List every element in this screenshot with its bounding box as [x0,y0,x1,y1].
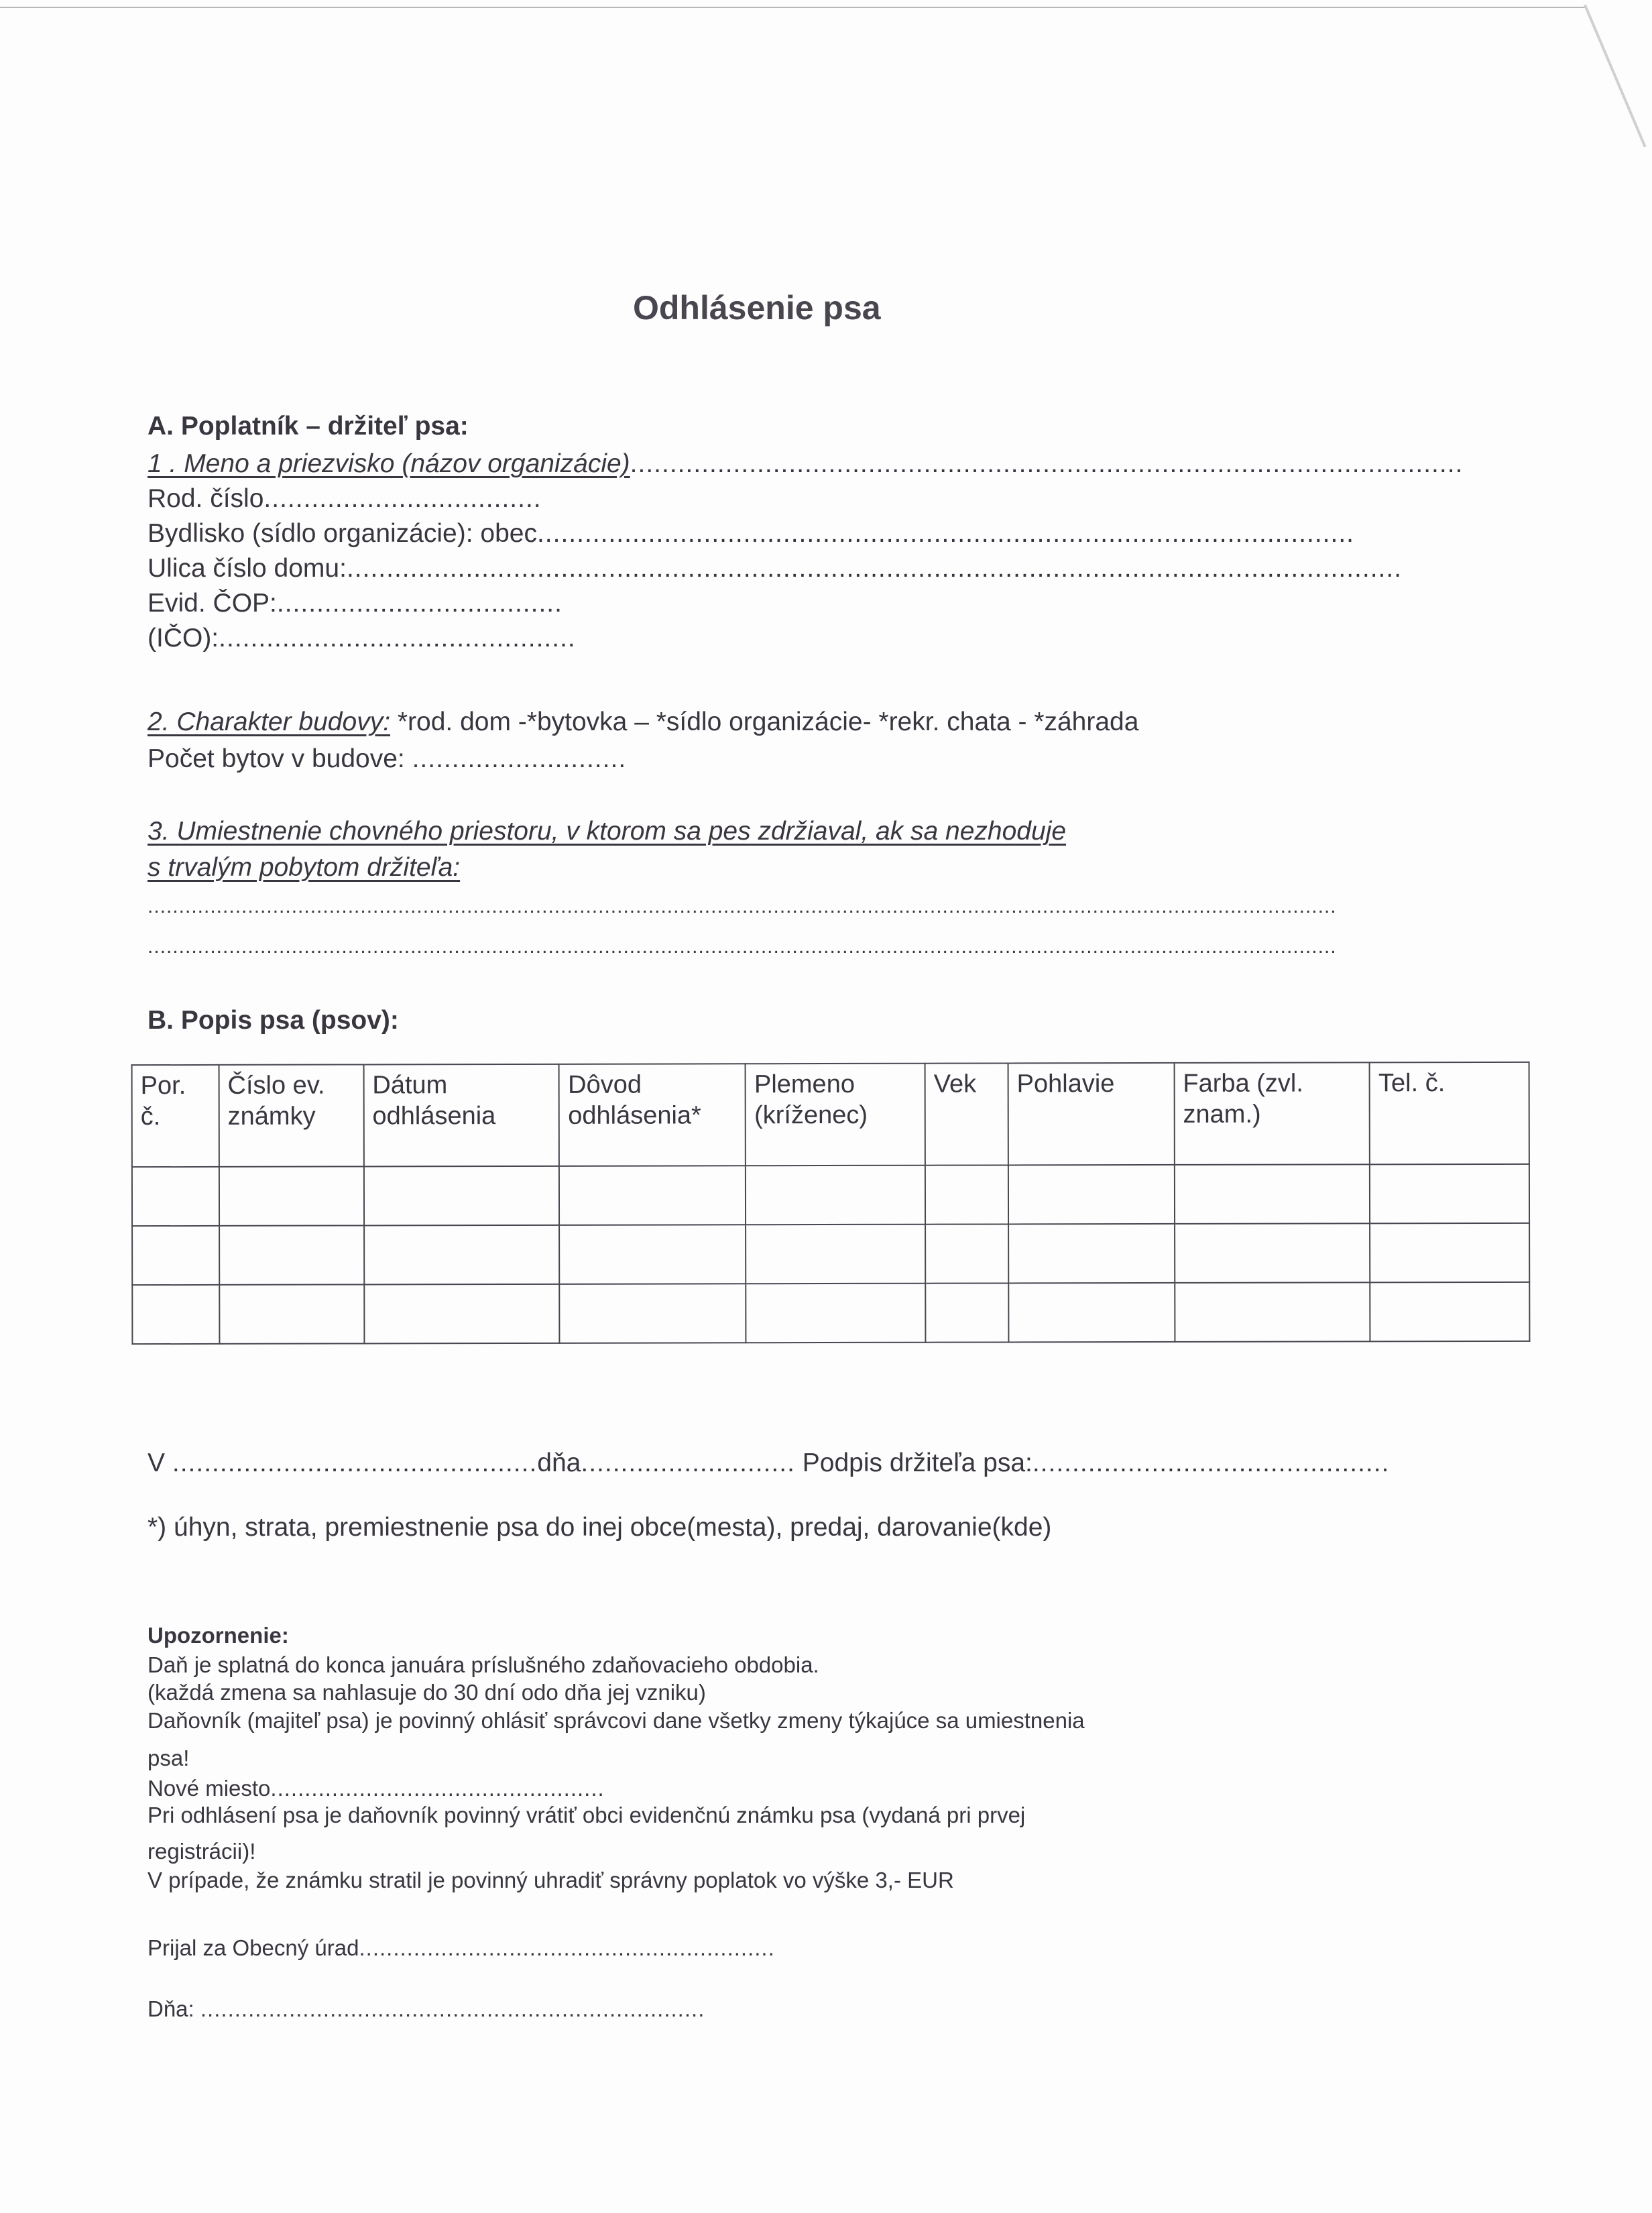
table-cell-input[interactable] [560,1284,746,1343]
table-cell-input[interactable] [1370,1223,1529,1282]
table-cell-input[interactable] [1008,1224,1175,1284]
name-field-label: 1 . Meno a priezvisko (názov organizácie… [147,449,630,478]
column-header: Tel. č. [1370,1062,1529,1164]
column-header: Dátum odhlásenia [363,1064,559,1167]
nove-miesto-input[interactable]: ........................................… [270,1776,604,1801]
name-field-row: 1 . Meno a priezvisko (názov organizácie… [147,449,1463,479]
notice-line: psa! [147,1746,189,1771]
column-header: Pohlavie [1008,1063,1175,1166]
bydlisko-input[interactable]: ........................................… [537,519,1354,548]
name-field-input[interactable]: ........................................… [630,449,1464,478]
notice-line: Daň je splatná do konca januára príslušn… [147,1652,819,1678]
rod-cislo-label: Rod. číslo [147,484,263,513]
pocet-bytov-label: Počet bytov v budove: [147,744,405,773]
page-edge [0,0,1585,8]
table-cell-input[interactable] [132,1285,219,1344]
evid-cop-input[interactable]: .................................... [277,589,563,618]
ico-input[interactable]: ........................................… [219,624,576,652]
podpis-label: Podpis držiteľa psa: [803,1449,1032,1477]
table-cell-input[interactable] [560,1225,746,1284]
pocet-bytov-input[interactable]: ........................... [412,744,627,773]
section-a-heading: A. Poplatník – držiteľ psa: [147,412,469,441]
v-label: V [147,1449,165,1477]
signature-row: V ......................................… [147,1449,1389,1478]
evid-cop-row: Evid. ČOP:..............................… [147,589,563,618]
table-row [132,1164,1529,1226]
dna-label: dňa [537,1449,581,1477]
dogs-table: Por. č. Číslo ev. známky Dátum odhláseni… [131,1062,1531,1345]
table-cell-input[interactable] [746,1166,925,1225]
nove-miesto-row: Nové miesto.............................… [147,1776,605,1801]
bydlisko-row: Bydlisko (sídlo organizácie): obec......… [147,519,1354,549]
umiestnenie-label-line1: 3. Umiestnenie chovného priestoru, v kto… [147,817,1066,846]
charakter-label: 2. Charakter budovy: [147,707,390,736]
dna-input[interactable]: ........................... [581,1449,795,1477]
table-row [132,1223,1529,1285]
column-header: Por. č. [132,1065,219,1167]
notice-heading: Upozornenie: [147,1623,289,1648]
table-cell-input[interactable] [746,1225,925,1284]
table-cell-input[interactable] [559,1166,746,1225]
ulica-input[interactable]: ........................................… [347,554,1402,583]
document-title: Odhlásenie psa [633,288,881,327]
prijal-input[interactable]: ........................................… [359,1935,774,1960]
evid-cop-label: Evid. ČOP: [147,589,277,618]
notice-line: registrácii)! [147,1839,255,1864]
umiestnenie-label-line2: s trvalým pobytom držiteľa: [147,853,460,883]
table-header-row: Por. č. Číslo ev. známky Dátum odhláseni… [132,1062,1529,1167]
footnote: *) úhyn, strata, premiestnenie psa do in… [147,1513,1051,1542]
table-row [132,1282,1529,1344]
table-cell-input[interactable] [364,1166,560,1226]
table-cell-input[interactable] [1008,1165,1175,1225]
section-b-heading: B. Popis psa (psov): [147,1006,399,1035]
bydlisko-label: Bydlisko (sídlo organizácie): obec [147,519,537,548]
table-cell-input[interactable] [132,1226,219,1285]
table-cell-input[interactable] [925,1224,1008,1283]
rod-cislo-row: Rod. číslo..............................… [147,484,542,514]
office-date-input[interactable]: ........................................… [200,1996,705,2021]
umiestnenie-input-line2[interactable]: ........................................… [147,935,1337,958]
ulica-label: Ulica číslo domu: [147,554,347,583]
column-header: Farba (zvl. znam.) [1174,1062,1370,1165]
column-header: Číslo ev. známky [219,1064,363,1166]
charakter-options[interactable]: *rod. dom -*bytovka – *sídlo organizácie… [398,707,1139,736]
notice-line: V prípade, že známku stratil je povinný … [147,1868,954,1893]
prijal-label: Prijal za Obecný úrad [147,1935,359,1960]
table-cell-input[interactable] [1370,1282,1530,1341]
table-cell-input[interactable] [746,1284,926,1343]
ico-row: (IČO):..................................… [147,624,576,653]
column-header: Vek [925,1063,1008,1165]
table-cell-input[interactable] [1370,1164,1529,1223]
office-date-row: Dňa: ...................................… [147,1996,705,2022]
table-cell-input[interactable] [925,1165,1008,1224]
table-cell-input[interactable] [1175,1223,1370,1283]
rod-cislo-input[interactable]: ................................... [263,484,541,513]
page-fold-edge [1584,4,1647,147]
notice-line: Pri odhlásení psa je daňovník povinný vr… [147,1803,1025,1828]
umiestnenie-input-line1[interactable]: ........................................… [147,895,1337,918]
table-cell-input[interactable] [132,1167,219,1226]
table-cell-input[interactable] [219,1284,364,1343]
office-date-label: Dňa: [147,1996,194,2021]
table-cell-input[interactable] [1008,1283,1175,1343]
notice-line: Daňovník (majiteľ psa) je povinný ohlási… [147,1708,1085,1734]
podpis-input[interactable]: ........................................… [1032,1449,1390,1477]
pocet-bytov-row: Počet bytov v budove: ..................… [147,744,626,774]
prijal-row: Prijal za Obecný úrad...................… [147,1935,775,1961]
nove-miesto-label: Nové miesto [147,1776,270,1801]
ico-label: (IČO): [147,624,219,652]
v-input[interactable]: ........................................… [172,1449,537,1477]
table-cell-input[interactable] [925,1283,1008,1342]
table-cell-input[interactable] [1175,1282,1370,1342]
table-cell-input[interactable] [364,1284,560,1344]
column-header: Dôvod odhlásenia* [559,1064,746,1166]
ulica-row: Ulica číslo domu:.......................… [147,554,1402,583]
notice-line: (každá zmena sa nahlasuje do 30 dní odo … [147,1680,706,1705]
table-cell-input[interactable] [364,1225,560,1285]
table-cell-input[interactable] [219,1225,364,1284]
column-header: Plemeno (kríženec) [746,1064,925,1166]
table-cell-input[interactable] [1175,1164,1370,1224]
charakter-row: 2. Charakter budovy: *rod. dom -*bytovka… [147,707,1138,737]
table-cell-input[interactable] [219,1166,364,1225]
